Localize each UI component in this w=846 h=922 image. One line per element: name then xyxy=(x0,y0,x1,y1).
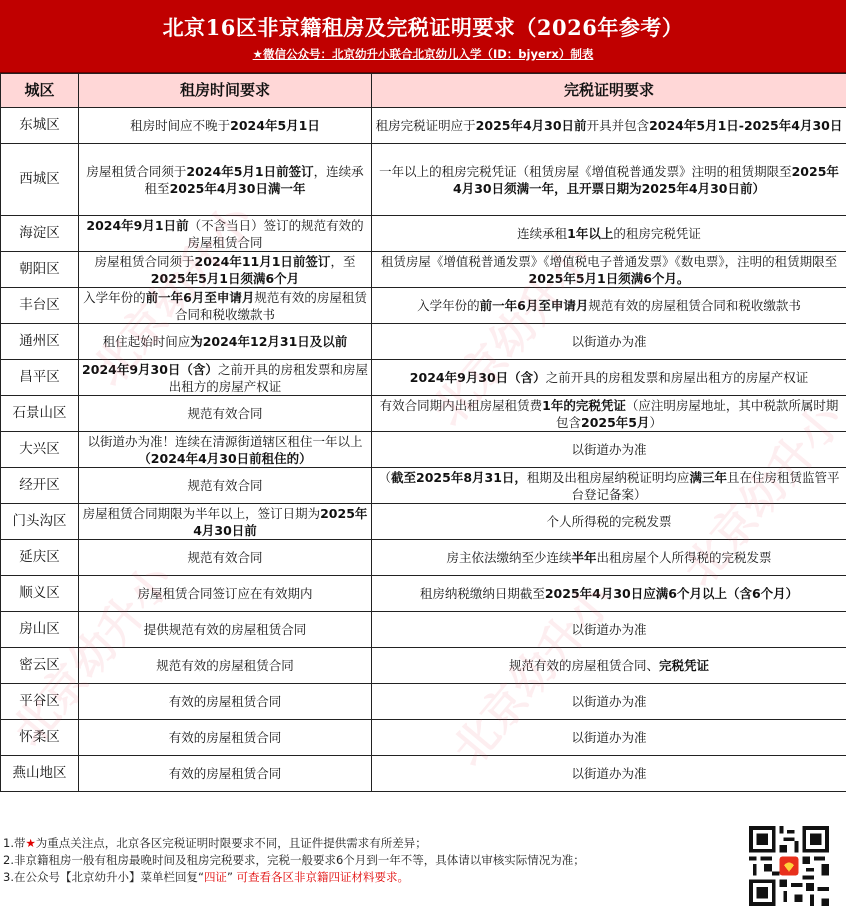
table-row: 顺义区房屋租赁合同签订应在有效期内租房纳税缴纳日期截至2025年4月30日应满6… xyxy=(1,576,846,612)
text-run: 前一年6月至申请月 xyxy=(146,290,255,305)
table-row: 昌平区2024年9月30日（含）之前开具的房租发票和房屋出租方的房屋产权证202… xyxy=(1,360,846,396)
text-run: （ xyxy=(379,470,392,485)
text-run: 的租房完税凭证 xyxy=(613,226,701,241)
table-row: 平谷区有效的房屋租赁合同以街道办为准 xyxy=(1,684,846,720)
text-run: 房屋租赁合同期限为半年以上，签订日期为 xyxy=(83,506,321,521)
rent-time-cell: 规范有效合同 xyxy=(79,396,372,432)
text-run: 满三年 xyxy=(689,470,727,485)
text-run: 截至2025年8月31日， xyxy=(391,470,527,485)
tax-proof-cell: 规范有效的房屋租赁合同、完税凭证 xyxy=(372,648,846,684)
rent-time-cell: 租房时间应不晚于2024年5月1日 xyxy=(79,108,372,144)
text-run: 2024年9月1日前 xyxy=(86,218,188,233)
text-run: 以街道办为准 xyxy=(571,622,646,637)
column-header-district: 城区 xyxy=(1,74,79,108)
text-run: 以街道办为准 xyxy=(571,442,646,457)
rent-time-cell: 有效的房屋租赁合同 xyxy=(79,756,372,792)
column-header-tax-proof: 完税证明要求 xyxy=(372,74,846,108)
district-cell: 昌平区 xyxy=(1,360,79,396)
text-run: 2025年5月 xyxy=(581,415,650,430)
text-run: 有效的房屋租赁合同 xyxy=(169,766,282,781)
text-run: 房屋租赁合同签订应在有效期内 xyxy=(137,586,312,601)
rent-time-cell: 2024年9月1日前（不含当日）签订的规范有效的房屋租赁合同 xyxy=(79,216,372,252)
tax-proof-cell: 以街道办为准 xyxy=(372,720,846,756)
text-run: （不含当日）签订的规范有效的房屋租赁合同 xyxy=(187,218,363,250)
tax-proof-cell: 一年以上的租房完税凭证（租赁房屋《增值税普通发票》注明的租赁期限至2025年4月… xyxy=(372,144,846,216)
text-run: 租期及出租房屋纳税证明均应 xyxy=(527,470,690,485)
tax-proof-cell: 有效合同期内出租房屋租赁费1年的完税凭证（应注明房屋地址，其中税款所属时期包含2… xyxy=(372,396,846,432)
text-run: 以街道办为准 xyxy=(571,730,646,745)
text-run: 开具并包含 xyxy=(587,118,650,133)
rent-time-cell: 规范有效的房屋租赁合同 xyxy=(79,648,372,684)
district-cell: 朝阳区 xyxy=(1,252,79,288)
text-run: 2025年4月30日应满6个月以上（含6个月） xyxy=(545,586,798,601)
text-run: 之前开具的房租发票和房屋出租方的房屋产权证 xyxy=(546,370,809,385)
tax-proof-cell: 以街道办为准 xyxy=(372,756,846,792)
tax-proof-cell: 以街道办为准 xyxy=(372,684,846,720)
district-cell: 丰台区 xyxy=(1,288,79,324)
text-run: 2025年5月1日须满6个月。 xyxy=(529,271,690,286)
text-run: 规范有效的房屋租赁合同和税收缴款书 xyxy=(588,298,801,313)
rent-time-cell: 房屋租赁合同签订应在有效期内 xyxy=(79,576,372,612)
district-cell: 门头沟区 xyxy=(1,504,79,540)
text-run: 半年 xyxy=(571,550,596,565)
table-row: 西城区房屋租赁合同须于2024年5月1日前签订，连续承租至2025年4月30日满… xyxy=(1,144,846,216)
text-run: 以街道办为准 xyxy=(571,694,646,709)
text-run: 房主依法缴纳至少连续 xyxy=(446,550,571,565)
text-run: ） xyxy=(650,415,663,430)
tax-proof-cell: 个人所得税的完税发票 xyxy=(372,504,846,540)
star-icon: ★ xyxy=(25,836,35,850)
rent-time-cell: 规范有效合同 xyxy=(79,540,372,576)
district-cell: 顺义区 xyxy=(1,576,79,612)
rent-time-cell: 入学年份的前一年6月至申请月规范有效的房屋租赁合同和税收缴款书 xyxy=(79,288,372,324)
table-row: 房山区提供规范有效的房屋租赁合同以街道办为准 xyxy=(1,612,846,648)
text-run: 为2024年12月31日及以前 xyxy=(190,334,347,349)
requirements-table: 城区 租房时间要求 完税证明要求 东城区租房时间应不晚于2024年5月1日租房完… xyxy=(0,73,846,792)
rent-time-cell: 2024年9月30日（含）之前开具的房租发票和房屋出租方的房屋产权证 xyxy=(79,360,372,396)
text-run: 有效的房屋租赁合同 xyxy=(169,694,282,709)
district-cell: 怀柔区 xyxy=(1,720,79,756)
text-run: 规范有效合同 xyxy=(187,478,262,493)
text-run: 以街道办为准！连续在清源街道辖区租住一年以上 xyxy=(87,434,362,449)
table-row: 丰台区入学年份的前一年6月至申请月规范有效的房屋租赁合同和税收缴款书入学年份的前… xyxy=(1,288,846,324)
text-run: 完税凭证 xyxy=(659,658,709,673)
text-run: 租房时间应不晚于 xyxy=(130,118,230,133)
tax-proof-cell: 入学年份的前一年6月至申请月规范有效的房屋租赁合同和税收缴款书 xyxy=(372,288,846,324)
rent-time-cell: 规范有效合同 xyxy=(79,468,372,504)
page-subtitle: ★微信公众号：北京幼升小联合北京幼儿入学（ID：bjyerx）制表 xyxy=(0,46,846,62)
text-run: ，至 xyxy=(330,254,355,269)
text-run: 有效的房屋租赁合同 xyxy=(169,730,282,745)
text-run: 有效合同期内出租房屋租赁费 xyxy=(380,398,543,413)
district-cell: 通州区 xyxy=(1,324,79,360)
text-run: 以街道办为准 xyxy=(571,334,646,349)
table-row: 延庆区规范有效合同房主依法缴纳至少连续半年出租房屋个人所得税的完税发票 xyxy=(1,540,846,576)
text-run: 2025年4月30日前 xyxy=(476,118,587,133)
table-row: 怀柔区有效的房屋租赁合同以街道办为准 xyxy=(1,720,846,756)
text-run: 2024年5月1日 xyxy=(230,118,320,133)
district-cell: 西城区 xyxy=(1,144,79,216)
tax-proof-cell: 租赁房屋《增值税普通发票》《增值税电子普通发票》《数电票》，注明的租赁期限至 2… xyxy=(372,252,846,288)
rent-time-cell: 以街道办为准！连续在清源街道辖区租住一年以上（2024年4月30日前租住的） xyxy=(79,432,372,468)
text-run: 房屋租赁合同须于 xyxy=(95,254,195,269)
table-row: 大兴区以街道办为准！连续在清源街道辖区租住一年以上（2024年4月30日前租住的… xyxy=(1,432,846,468)
text-run: 2025年5月1日须满6个月 xyxy=(151,271,299,286)
footnote-3-prefix: 3.在公众号【北京幼升小】菜单栏回复“ xyxy=(3,870,204,884)
rent-time-cell: 房屋租赁合同须于2024年5月1日前签订，连续承租至2025年4月30日满一年 xyxy=(79,144,372,216)
footnote-3: 3.在公众号【北京幼升小】菜单栏回复“四证” 可查看各区非京籍四证材料要求。 xyxy=(3,869,585,886)
district-cell: 燕山地区 xyxy=(1,756,79,792)
text-run: 1年以上 xyxy=(567,226,613,241)
district-cell: 密云区 xyxy=(1,648,79,684)
district-cell: 经开区 xyxy=(1,468,79,504)
text-run: 个人所得税的完税发票 xyxy=(546,514,671,529)
district-cell: 平谷区 xyxy=(1,684,79,720)
text-run: 租房完税证明应于 xyxy=(376,118,476,133)
district-cell: 延庆区 xyxy=(1,540,79,576)
district-cell: 东城区 xyxy=(1,108,79,144)
title-bar: 北京16区非京籍租房及完税证明要求（2026年参考） ★微信公众号：北京幼升小联… xyxy=(0,0,846,73)
footnote-1: 1.带★为重点关注点，北京各区完税证明时限要求不同，且证件提供需求有所差异； xyxy=(3,835,585,852)
text-run: 房屋租赁合同须于 xyxy=(86,164,186,179)
text-run: 2024年11月1日前签订 xyxy=(195,254,331,269)
text-run: 2024年5月1日-2025年4月30日 xyxy=(649,118,842,133)
text-run: 2024年9月30日（含） xyxy=(82,362,218,377)
text-run: 1年的完税凭证 xyxy=(542,398,626,413)
table-row: 密云区规范有效的房屋租赁合同规范有效的房屋租赁合同、完税凭证 xyxy=(1,648,846,684)
district-cell: 海淀区 xyxy=(1,216,79,252)
rent-time-cell: 房屋租赁合同须于2024年11月1日前签订，至2025年5月1日须满6个月 xyxy=(79,252,372,288)
text-run: 规范有效合同 xyxy=(187,550,262,565)
text-run: 连续承租 xyxy=(517,226,567,241)
text-run: 租住起始时间应 xyxy=(103,334,191,349)
footnote-1-text: 为重点关注点，北京各区完税证明时限要求不同，且证件提供需求有所差异； xyxy=(36,836,427,850)
page-title: 北京16区非京籍租房及完税证明要求（2026年参考） xyxy=(0,0,846,42)
text-run: 前一年6月至申请月 xyxy=(480,298,589,313)
text-run: 规范有效的房屋租赁合同 xyxy=(156,658,294,673)
table-header-row: 城区 租房时间要求 完税证明要求 xyxy=(1,74,846,108)
table-row: 海淀区2024年9月1日前（不含当日）签订的规范有效的房屋租赁合同连续承租1年以… xyxy=(1,216,846,252)
text-run: （2024年4月30日前租住的） xyxy=(138,451,311,466)
text-run: 2025年4月30日满一年 xyxy=(170,181,306,196)
footnote-1-prefix: 1.带 xyxy=(3,836,25,850)
text-run: 规范有效的房屋租赁合同、 xyxy=(509,658,659,673)
rent-time-cell: 房屋租赁合同期限为半年以上，签订日期为2025年4月30日前 xyxy=(79,504,372,540)
tax-proof-cell: 房主依法缴纳至少连续半年出租房屋个人所得税的完税发票 xyxy=(372,540,846,576)
table-row: 朝阳区房屋租赁合同须于2024年11月1日前签订，至2025年5月1日须满6个月… xyxy=(1,252,846,288)
tax-proof-cell: （截至2025年8月31日，租期及出租房屋纳税证明均应满三年且在住房租赁监管平台… xyxy=(372,468,846,504)
text-run: 以街道办为准 xyxy=(571,766,646,781)
text-run: 2024年9月30日（含） xyxy=(410,370,546,385)
table-body: 东城区租房时间应不晚于2024年5月1日租房完税证明应于2025年4月30日前开… xyxy=(1,108,846,792)
text-run: 一年以上的租房完税凭证（租赁房屋《增值税普通发票》注明的租赁期限至 xyxy=(379,164,792,179)
text-run: 2024年5月1日前签订 xyxy=(186,164,313,179)
table-row: 经开区规范有效合同（截至2025年8月31日，租期及出租房屋纳税证明均应满三年且… xyxy=(1,468,846,504)
text-run: 入学年份的 xyxy=(83,290,146,305)
qr-code-icon xyxy=(749,826,829,906)
footnote-3-highlight: 可查看各区非京籍四证材料要求。 xyxy=(233,870,409,884)
tax-proof-cell: 以街道办为准 xyxy=(372,612,846,648)
district-cell: 房山区 xyxy=(1,612,79,648)
text-run: 租赁房屋《增值税普通发票》《增值税电子普通发票》《数电票》，注明的租赁期限至 xyxy=(381,254,837,269)
rent-time-cell: 租住起始时间应为2024年12月31日及以前 xyxy=(79,324,372,360)
district-cell: 大兴区 xyxy=(1,432,79,468)
table-row: 门头沟区房屋租赁合同期限为半年以上，签订日期为2025年4月30日前个人所得税的… xyxy=(1,504,846,540)
table-row: 石景山区规范有效合同有效合同期内出租房屋租赁费1年的完税凭证（应注明房屋地址，其… xyxy=(1,396,846,432)
tax-proof-cell: 以街道办为准 xyxy=(372,432,846,468)
tax-proof-cell: 租房完税证明应于2025年4月30日前开具并包含2024年5月1日-2025年4… xyxy=(372,108,846,144)
text-run: 提供规范有效的房屋租赁合同 xyxy=(144,622,307,637)
text-run: 租房纳税缴纳日期截至 xyxy=(420,586,545,601)
column-header-rent-time: 租房时间要求 xyxy=(79,74,372,108)
footnotes: 1.带★为重点关注点，北京各区完税证明时限要求不同，且证件提供需求有所差异； 2… xyxy=(3,835,585,886)
rent-time-cell: 有效的房屋租赁合同 xyxy=(79,684,372,720)
rent-time-cell: 有效的房屋租赁合同 xyxy=(79,720,372,756)
footnote-3-keyword: 四证 xyxy=(204,870,227,884)
footnote-2: 2.非京籍租房一般有租房最晚时间及租房完税要求，完税一般要求6个月到一年不等，具… xyxy=(3,852,585,869)
tax-proof-cell: 以街道办为准 xyxy=(372,324,846,360)
tax-proof-cell: 2024年9月30日（含）之前开具的房租发票和房屋出租方的房屋产权证 xyxy=(372,360,846,396)
table-row: 通州区租住起始时间应为2024年12月31日及以前以街道办为准 xyxy=(1,324,846,360)
text-run: 入学年份的 xyxy=(417,298,480,313)
tax-proof-cell: 租房纳税缴纳日期截至2025年4月30日应满6个月以上（含6个月） xyxy=(372,576,846,612)
rent-time-cell: 提供规范有效的房屋租赁合同 xyxy=(79,612,372,648)
text-run: 规范有效合同 xyxy=(187,406,262,421)
table-row: 东城区租房时间应不晚于2024年5月1日租房完税证明应于2025年4月30日前开… xyxy=(1,108,846,144)
district-cell: 石景山区 xyxy=(1,396,79,432)
table-row: 燕山地区有效的房屋租赁合同以街道办为准 xyxy=(1,756,846,792)
tax-proof-cell: 连续承租1年以上的租房完税凭证 xyxy=(372,216,846,252)
text-run: 出租房屋个人所得税的完税发票 xyxy=(597,550,772,565)
